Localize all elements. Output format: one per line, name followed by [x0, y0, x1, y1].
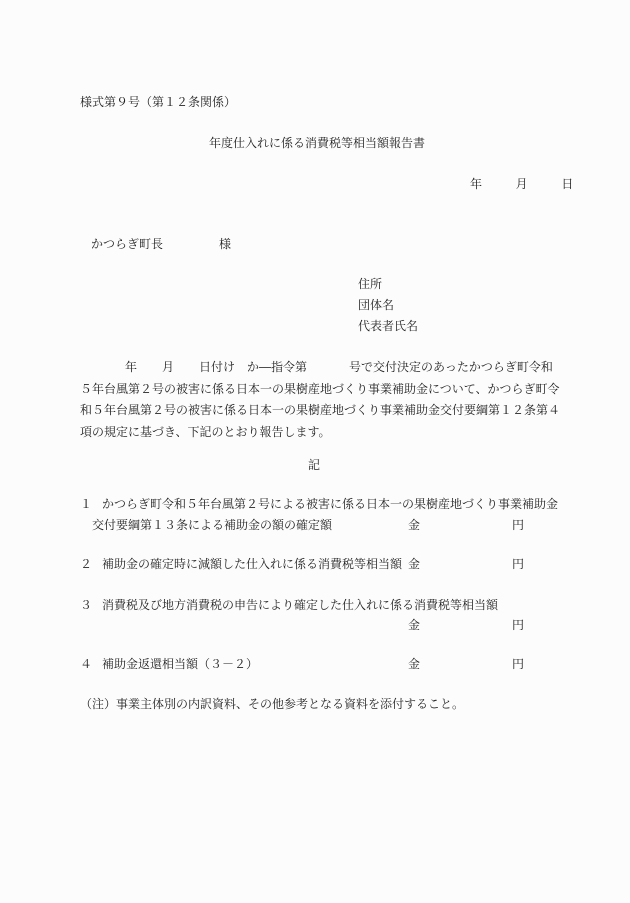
body-line-4: 項の規定に基づき、下記のとおり報告します。 — [80, 422, 555, 444]
item-number: ４ — [80, 658, 92, 670]
attachment-note: （注）事業主体別の内訳資料、その他参考となる資料を添付すること。 — [80, 698, 464, 710]
body-line-3: 和５年台風第２号の被害に係る日本一の果樹産地づくり事業補助金交付要綱第１２条第４ — [80, 400, 555, 422]
date-line: 年 月 日 — [470, 178, 573, 190]
form-number: 様式第９号（第１２条関係） — [80, 96, 236, 108]
date-year: 年 — [470, 178, 482, 190]
addressee: かつらぎ町長 様 — [91, 238, 163, 250]
en-label: 円 — [512, 519, 524, 531]
kin-label: 金 — [408, 558, 420, 570]
ki-heading: 記 — [308, 459, 320, 471]
address-label: 住所 — [358, 278, 418, 299]
body-line-1: 年月日付け か―指令第号で交付決定のあったかつらぎ町令和 — [80, 357, 555, 379]
en-label: 円 — [512, 558, 524, 570]
item-text-line1: 補助金の確定時に減額した仕入れに係る消費税等相当額 — [102, 558, 402, 570]
kin-label: 金 — [408, 619, 420, 631]
addressee-honorific: 様 — [219, 238, 231, 250]
body-paragraph: 年月日付け か―指令第号で交付決定のあったかつらぎ町令和 ５年台風第２号の被害に… — [80, 357, 555, 443]
en-label: 円 — [512, 658, 524, 670]
kin-label: 金 — [408, 658, 420, 670]
item-text-line1: かつらぎ町令和５年台風第２号による被害に係る日本一の果樹産地づくり事業補助金 — [102, 498, 558, 510]
item-text-line1: 補助金返還相当額（３－２） — [102, 658, 258, 670]
en-label: 円 — [512, 619, 524, 631]
applicant-block: 住所 団体名 代表者氏名 — [358, 278, 418, 341]
item-number: ３ — [80, 599, 92, 611]
document-title: 年度仕入れに係る消費税等相当額報告書 — [209, 137, 425, 149]
kin-label: 金 — [408, 519, 420, 531]
item-number: １ — [80, 498, 92, 510]
item-text-line2: 交付要綱第１３条による補助金の額の確定額 — [92, 519, 332, 531]
addressee-name: かつらぎ町長 — [91, 237, 163, 251]
item-number: ２ — [80, 558, 92, 570]
item-text-line1: 消費税及び地方消費税の申告により確定した仕入れに係る消費税等相当額 — [102, 599, 498, 611]
date-day: 日 — [561, 178, 573, 190]
representative-label: 代表者氏名 — [358, 320, 418, 341]
organization-label: 団体名 — [358, 299, 418, 320]
date-month: 月 — [516, 178, 528, 190]
body-line-2: ５年台風第２号の被害に係る日本一の果樹産地づくり事業補助金について、かつらぎ町令 — [80, 379, 555, 401]
